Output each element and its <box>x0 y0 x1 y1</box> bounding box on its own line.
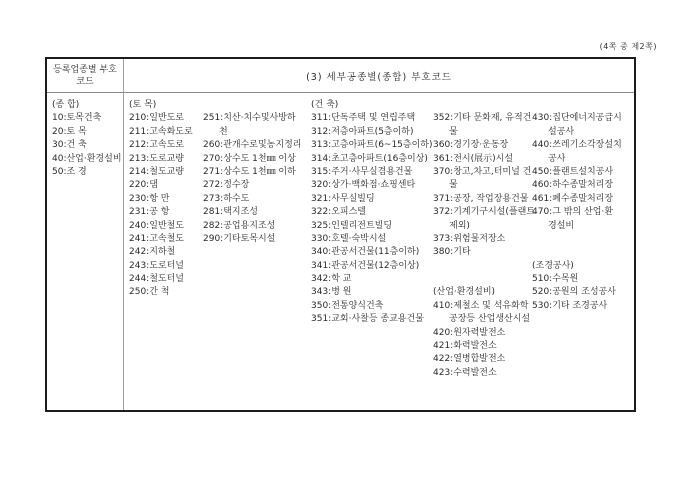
code-line: 440:쓰레기소각장설치 <box>532 139 632 152</box>
code-line: 공사 <box>532 153 632 166</box>
code-line: 372:기계기구시설(플랜트 <box>433 206 530 219</box>
code-line: 321:사무실빌딩 <box>311 193 431 206</box>
group-label-general: (종 합) <box>52 99 121 112</box>
code-line: 351:교회·사찰등 종교용건물 <box>311 313 431 326</box>
code-line: 325:인텔리전트빌딩 <box>311 220 431 233</box>
code-line: 212:고속도로 <box>129 139 201 152</box>
code-line: 231:공 항 <box>129 206 201 219</box>
civil-code-list-2: 251:치산·치수및사방하천260:관개수로및농지정리270:상수도 1천㎜ 이… <box>203 112 309 246</box>
code-line: 460:하수종말처리장 <box>532 179 632 192</box>
code-line: 510:수목원 <box>532 273 632 286</box>
industrial-landscape-code-list: 430:집단에너지공급시설공사440:쓰레기소각장설치공사450:플랜트설치공사… <box>532 112 632 313</box>
code-line: 352:기타 문화재, 유적건 <box>433 112 530 125</box>
code-line: 213:도로교량 <box>129 153 201 166</box>
code-line: 250:간 척 <box>129 286 201 299</box>
code-line: 20:토 목 <box>52 126 121 139</box>
code-line: 50:조 경 <box>52 166 121 179</box>
code-line: 422:열병합발전소 <box>433 353 530 366</box>
building-industrial-code-list: 352:기타 문화재, 유적건물360:경기장·운동장361:전시(展示)시설3… <box>433 112 530 380</box>
code-line: 313:고층아파트(6~15층이하) <box>311 139 431 152</box>
code-line: 251:치산·치수및사방하 <box>203 112 309 125</box>
code-table: 등록업종별 부호코드 (3) 세부공종별(종합) 부호코드 (종 합) 10:토… <box>45 57 636 412</box>
code-line: 10:토목건축 <box>52 112 121 125</box>
code-line <box>532 233 632 246</box>
code-line: 330:호텔·숙박시설 <box>311 233 431 246</box>
group-label-spacer-1 <box>203 99 309 112</box>
code-line: 430:집단에너지공급시 <box>532 112 632 125</box>
code-line: 210:일반도로 <box>129 112 201 125</box>
code-line: 282:공업용지조성 <box>203 220 309 233</box>
civil-codes-column-2: 251:치산·치수및사방하천260:관개수로및농지정리270:상수도 1천㎜ 이… <box>203 99 309 246</box>
building-code-list-1: 311:단독주택 및 연립주택312:저층아파트(5층이하)313:고층아파트(… <box>311 112 431 326</box>
group-label-spacer-2 <box>433 99 530 112</box>
code-line: 315:주거·사무실겸용건물 <box>311 166 431 179</box>
code-line: 343:병 원 <box>311 286 431 299</box>
code-line: (조경공사) <box>532 260 632 273</box>
code-line: 211:고속화도로 <box>129 126 201 139</box>
code-line: 243:도로터널 <box>129 260 201 273</box>
code-line: (산업·환경설비) <box>433 286 530 299</box>
code-line: 311:단독주택 및 연립주택 <box>311 112 431 125</box>
code-line: 380:기타 <box>433 246 530 259</box>
code-line: 271:상수도 1천㎜ 이하 <box>203 166 309 179</box>
code-line: 230:항 만 <box>129 193 201 206</box>
code-line: 461:폐수종말처리장 <box>532 193 632 206</box>
detail-codes-cell: (토 목) 210:일반도로211:고속화도로212:고속도로213:도로교량2… <box>125 93 634 410</box>
code-line: 350:전통양식건축 <box>311 300 431 313</box>
code-line: 314:초고층아파트(16층이상) <box>311 153 431 166</box>
code-line: 경설비 <box>532 220 632 233</box>
code-line: 320:상가·백화점·쇼핑센타 <box>311 179 431 192</box>
civil-code-list-1: 210:일반도로211:고속화도로212:고속도로213:도로교량214:철도교… <box>129 112 201 299</box>
code-line: 273:하수도 <box>203 193 309 206</box>
code-line: 360:경기장·운동장 <box>433 139 530 152</box>
table-body: (종 합) 10:토목건축20:토 목30:건 축40:산업·환경설비50:조 … <box>47 93 634 410</box>
code-line: 290:기타토목시설 <box>203 233 309 246</box>
code-line: 272:정수장 <box>203 179 309 192</box>
code-line: 물 <box>433 126 530 139</box>
code-line: 214:철도교량 <box>129 166 201 179</box>
code-line: 421:화력발전소 <box>433 340 530 353</box>
code-line: 설공사 <box>532 126 632 139</box>
code-line: 371:공장, 작업장용건물 <box>433 193 530 206</box>
code-line: 40:산업·환경설비 <box>52 153 121 166</box>
group-label-spacer-3 <box>532 99 632 112</box>
code-line: 물 <box>433 179 530 192</box>
industrial-landscape-codes-column: 430:집단에너지공급시설공사440:쓰레기소각장설치공사450:플랜트설치공사… <box>532 99 632 313</box>
code-line <box>532 246 632 259</box>
building-industrial-codes-column: 352:기타 문화재, 유적건물360:경기장·운동장361:전시(展示)시설3… <box>433 99 530 380</box>
code-line: 420:원자력발전소 <box>433 327 530 340</box>
code-line <box>433 260 530 273</box>
code-line: 30:건 축 <box>52 139 121 152</box>
code-line: 340:관공서건물(11층이하) <box>311 246 431 259</box>
group-label-building: (건 축) <box>311 99 431 112</box>
civil-codes-column-1: (토 목) 210:일반도로211:고속화도로212:고속도로213:도로교량2… <box>129 99 201 300</box>
code-line: 240:일반철도 <box>129 220 201 233</box>
code-line: 공장등 산업생산시설 <box>433 313 530 326</box>
building-codes-column-1: (건 축) 311:단독주택 및 연립주택312:저층아파트(5층이하)313:… <box>311 99 431 327</box>
code-line <box>433 273 530 286</box>
code-line: 260:관개수로및농지정리 <box>203 139 309 152</box>
page-number-label: (4쪽 중 제2쪽) <box>600 41 657 52</box>
general-codes-cell: (종 합) 10:토목건축20:토 목30:건 축40:산업·환경설비50:조 … <box>47 93 124 410</box>
code-line: 373:위험물저장소 <box>433 233 530 246</box>
code-line: 470:그 밖의 산업·환 <box>532 206 632 219</box>
code-line: 322:오피스텔 <box>311 206 431 219</box>
code-line: 천 <box>203 126 309 139</box>
code-line: 410:제철소 및 석유화학 <box>433 300 530 313</box>
code-line: 270:상수도 1천㎜ 이상 <box>203 153 309 166</box>
code-line: 341:관공서건물(12층이상) <box>311 260 431 273</box>
general-code-list: 10:토목건축20:토 목30:건 축40:산업·환경설비50:조 경 <box>52 112 121 179</box>
code-line: 370:창고,차고,터미널 건 <box>433 166 530 179</box>
code-line: 530:기타 조경공사 <box>532 300 632 313</box>
group-label-civil: (토 목) <box>129 99 201 112</box>
code-line: 520:공원의 조성공사 <box>532 286 632 299</box>
code-line: 220:댐 <box>129 179 201 192</box>
code-line: 450:플랜트설치공사 <box>532 166 632 179</box>
detail-code-header: (3) 세부공종별(종합) 부호코드 <box>124 59 634 92</box>
code-line: 244:철도터널 <box>129 273 201 286</box>
code-line: 423:수력발전소 <box>433 367 530 380</box>
code-line: 342:학 교 <box>311 273 431 286</box>
code-line: 제외) <box>433 220 530 233</box>
registration-type-header: 등록업종별 부호코드 <box>47 59 124 92</box>
code-line: 242:지하철 <box>129 246 201 259</box>
code-line: 361:전시(展示)시설 <box>433 153 530 166</box>
code-line: 312:저층아파트(5층이하) <box>311 126 431 139</box>
table-header-row: 등록업종별 부호코드 (3) 세부공종별(종합) 부호코드 <box>47 59 634 93</box>
code-line: 281:택지조성 <box>203 206 309 219</box>
code-line: 241:고속철도 <box>129 233 201 246</box>
